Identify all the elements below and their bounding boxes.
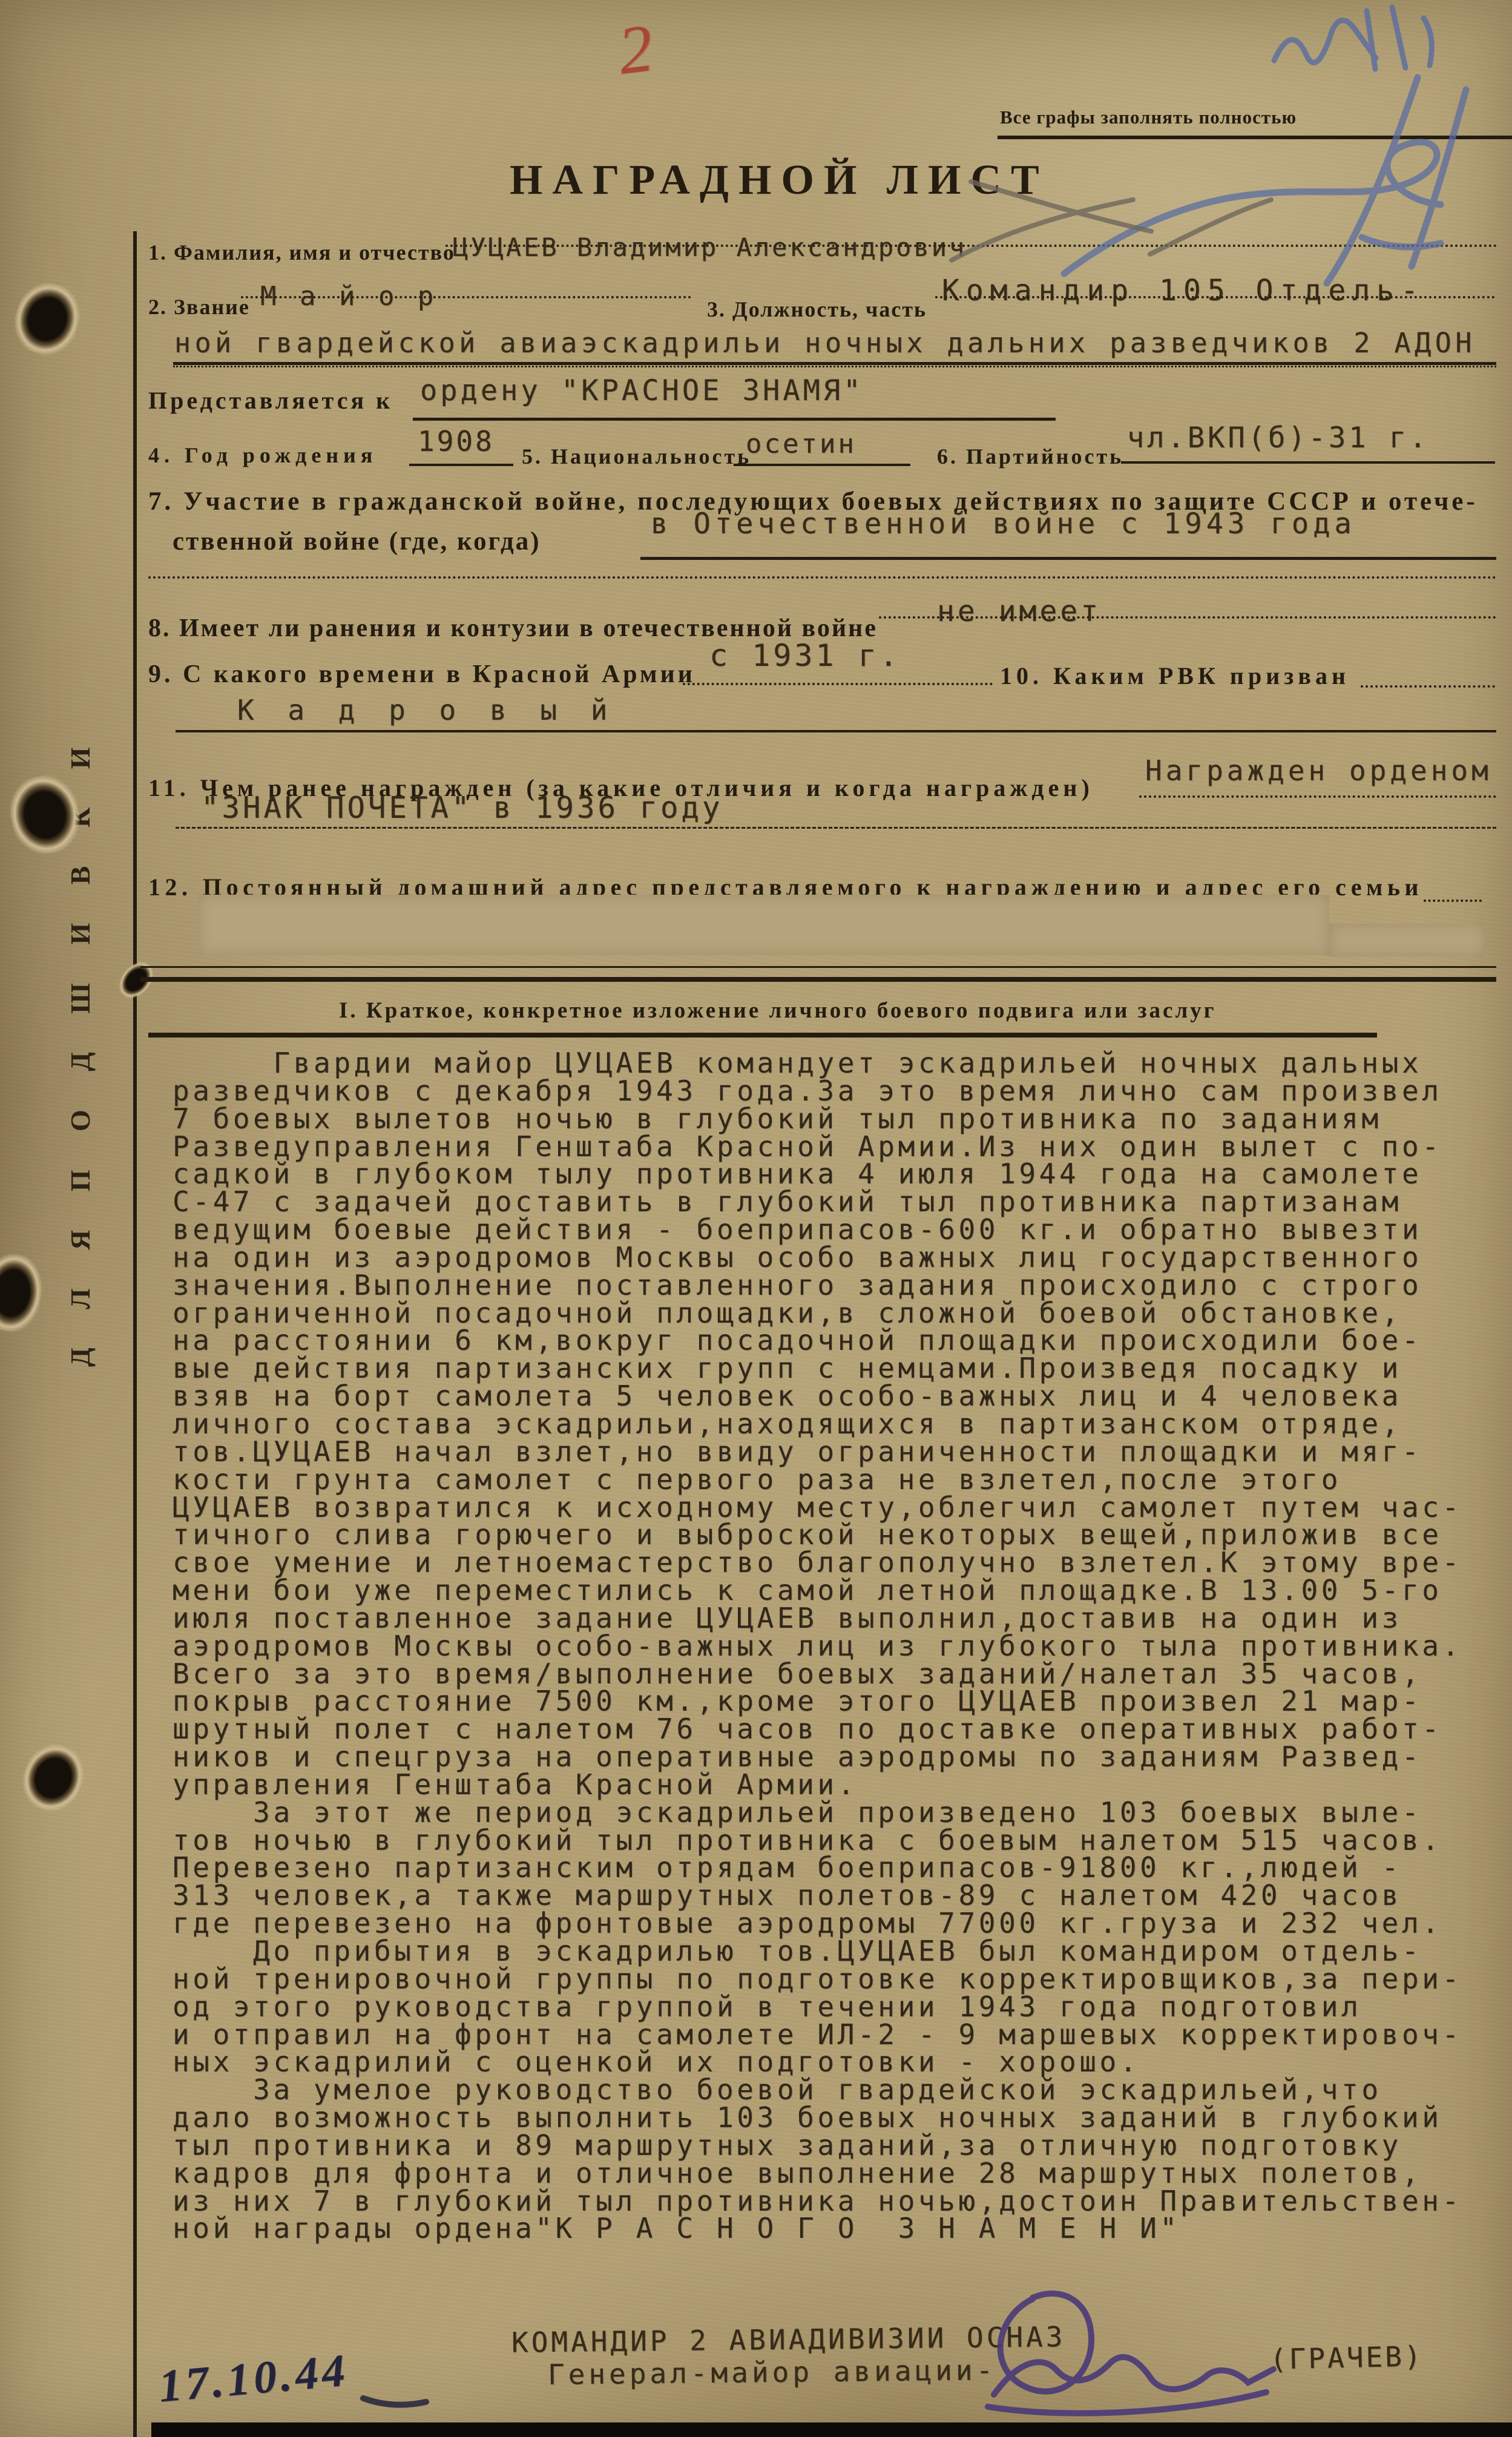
citation-line: личного состава эскадрильи,находящихся в… [173, 1410, 1498, 1438]
commander-line: КОМАНДИР 2 АВИАДИВИЗИИ ОСНАЗ [511, 2320, 1066, 2359]
citation-line: 7 боевых вылетов ночью в глубокий тыл пр… [173, 1105, 1498, 1133]
field-underline [879, 616, 1496, 619]
citation-line: од этого руководства группой в течении 1… [173, 1993, 1498, 2021]
divider-rule [140, 977, 1496, 982]
field-underline [173, 366, 1496, 367]
punch-hole [13, 1735, 93, 1820]
field-1-value: ЦУЦАЕВ Владимир Александрович [453, 232, 967, 262]
citation-line: покрыв расстояние 7500 км.,кроме этого Ц… [173, 1688, 1498, 1715]
field-underline [935, 296, 1495, 298]
citation-line: ограниченной посадочной площадки,в сложн… [173, 1300, 1498, 1327]
redacted-address-block [199, 895, 1329, 955]
field-3-label: 3. Должность, часть [707, 297, 927, 322]
bottom-scan-edge [151, 2422, 1512, 2437]
citation-line: ных эскадрилий с оценкой их подготовки -… [173, 2048, 1498, 2076]
citation-line: разведчиков с декабря 1943 года.За это в… [173, 1077, 1498, 1105]
page-number-handwritten: 2 [614, 9, 657, 91]
field-11-value-continuation: "ЗНАК ПОЧЕТА" в 1936 году [201, 791, 723, 825]
field-underline [409, 464, 513, 466]
citation-line: тов ночью в глубокий тыл противника с бо… [173, 1827, 1498, 1855]
field-9-value: с 1931 г. [709, 638, 901, 673]
citation-line: управления Генштаба Красной Армии. [173, 1771, 1498, 1799]
field-7-value: в Отечественной войне с 1943 года [651, 507, 1356, 541]
citation-line: взяв на борт самолета 5 человек особо-ва… [173, 1383, 1498, 1410]
field-underline [734, 464, 910, 466]
citation-line: ников и спецгруза на оперативные аэродро… [173, 1743, 1498, 1771]
signature-scribble [988, 2294, 1274, 2413]
field-8-value: не имеет [937, 594, 1101, 628]
citation-line: За умелое руководство боевой гвардейской… [173, 2076, 1498, 2104]
field-3-value-continuation: ной гвардейской авиаэскадрильи ночных да… [174, 327, 1476, 359]
field-underline [176, 827, 1496, 829]
field-underline [1139, 795, 1496, 798]
citation-line: Всего за это время/выполнение боевых зад… [173, 1660, 1498, 1688]
field-5-label: 5. Национальность [522, 444, 751, 469]
field-underline [241, 296, 691, 298]
field-underline [176, 730, 1496, 732]
citation-line: дало возможность выполнить 103 боевых но… [173, 2104, 1498, 2132]
citation-body: Гвардии майор ЦУЦАЕВ командует эскадриль… [173, 1050, 1498, 2243]
field-4-label: 4. Год рождения [148, 442, 377, 468]
field-1-label: 1. Фамилия, имя и отчество [148, 240, 455, 265]
field-5-value: осетин [746, 429, 856, 459]
citation-line: июля поставленное задание ЦУЦАЕВ выполни… [173, 1605, 1498, 1633]
divider-rule [148, 1033, 1377, 1038]
citation-line: на расстоянии 6 км,вокруг посадочной пло… [173, 1327, 1498, 1355]
citation-line: из них 7 в глубокий тыл противника ночью… [173, 2188, 1498, 2215]
section-heading: I. Краткое, конкретное изложение личного… [339, 998, 1217, 1024]
citation-line: на один из аэродромов Москвы особо важны… [173, 1244, 1498, 1272]
field-underline [1361, 685, 1495, 688]
field-underline [1121, 461, 1495, 464]
citation-line: ЦУЦАЕВ возвратился к исходному месту,обл… [173, 1494, 1498, 1522]
surname-typed: (ГРАЧЕВ) [1269, 2340, 1424, 2375]
field-10-label: 10. Каким РВК призван [1000, 662, 1350, 690]
field-underline [640, 557, 1496, 560]
citation-line: где перевезено на фронтовые аэродромы 77… [173, 1910, 1498, 1938]
citation-line: аэродромов Москвы особо-важных лиц из гл… [173, 1633, 1498, 1660]
date-handwritten: 17.10.44 [157, 2344, 350, 2413]
citation-line: Гвардии майор ЦУЦАЕВ командует эскадриль… [173, 1050, 1498, 1077]
field-underline [1424, 899, 1482, 902]
citation-line: Перевезено партизанским отрядам боеприпа… [173, 1854, 1498, 1882]
citation-line: садкой в глубоком тылу противника 4 июля… [173, 1160, 1498, 1188]
rank-line: Генерал-майор авиации- [548, 2353, 997, 2391]
field-underline [445, 245, 1497, 247]
citation-line: 313 человек,а также маршрутных полетов-8… [173, 1882, 1498, 1910]
citation-line: и отправил на фронт на самолете ИЛ-2 - 9… [173, 2021, 1498, 2049]
citation-line: До прибытия в эскадрилью тов.ЦУЦАЕВ был … [173, 1938, 1498, 1965]
citation-line: За этот же период эскадрильей произведен… [173, 1799, 1498, 1827]
fill-all-fields-note: Все графы заполнять полностью [1000, 107, 1297, 128]
nominated-for-value: ордену "КРАСНОЕ ЗНАМЯ" [420, 374, 864, 407]
field-7-label-continuation: ственной войне (где, когда) [173, 527, 541, 556]
field-3-value: Командир 105 Отдель- [942, 274, 1425, 308]
field-underline [683, 683, 993, 685]
citation-line: С-47 с задачей доставить в глубокий тыл … [173, 1188, 1498, 1216]
citation-line: кадров для фронта и отличное выполнение … [173, 2160, 1498, 2188]
field-9-label: 9. С какого времени в Красной Армии [148, 660, 695, 689]
blue-pencil-scribble [1274, 7, 1431, 69]
date-tail-stroke [363, 2398, 426, 2405]
field-underline [173, 362, 1496, 365]
field-11-value: Награжден орденом [1145, 754, 1492, 787]
binding-margin-rule [133, 231, 137, 2437]
field-2-label: 2. Звание [148, 294, 250, 320]
nominated-for-label: Представляется к [148, 386, 393, 415]
citation-line: свое умение и летноемастерство благополу… [173, 1549, 1498, 1577]
citation-line: ной награды ордена"К Р А С Н О Г О З Н А… [173, 2215, 1498, 2243]
citation-line: тичного слива горючего и выброской некот… [173, 1521, 1498, 1549]
punch-hole [0, 1251, 46, 1335]
citation-line: Разведуправления Генштаба Красной Армии.… [173, 1133, 1498, 1161]
citation-line: шрутный полет с налетом 76 часов по дост… [173, 1715, 1498, 1743]
citation-line: кости грунта самолет с первого раза не в… [173, 1466, 1498, 1494]
fill-note-underline [998, 136, 1512, 139]
citation-line: вые действия партизанских групп с немцам… [173, 1355, 1498, 1383]
citation-line: мени бои уже переместились к самой летно… [173, 1577, 1498, 1605]
punch-hole [6, 275, 88, 363]
citation-line: ной тренировочной группы по подготовке к… [173, 1965, 1498, 1993]
empty-ruled-line [148, 576, 1497, 579]
citation-line: ведущим боевые действия - боеприпасов-60… [173, 1216, 1498, 1244]
binding-margin-label: Д Л Я П О Д Ш И В К И [64, 768, 96, 1367]
citation-line: тов.ЦУЦАЕВ начал взлет,но ввиду ограниче… [173, 1438, 1498, 1466]
field-9-value-continuation: К а д р о в ы й [237, 694, 616, 726]
field-4-value: 1908 [418, 425, 495, 458]
citation-line: значения.Выполнение поставленного задани… [173, 1272, 1498, 1300]
page-title: НАГРАДНОЙ ЛИСТ [510, 156, 1049, 205]
field-6-label: 6. Партийность [937, 444, 1123, 469]
award-sheet-scan: Д Л Я П О Д Ш И В К И Все графы заполнят… [0, 0, 1512, 2437]
redacted-address-block [1329, 924, 1484, 956]
divider-rule [140, 966, 1496, 968]
citation-line: тыл противника и 89 маршрутных заданий,з… [173, 2132, 1498, 2160]
field-6-value: чл.ВКП(б)-31 г. [1127, 421, 1429, 455]
field-underline [413, 418, 1056, 421]
